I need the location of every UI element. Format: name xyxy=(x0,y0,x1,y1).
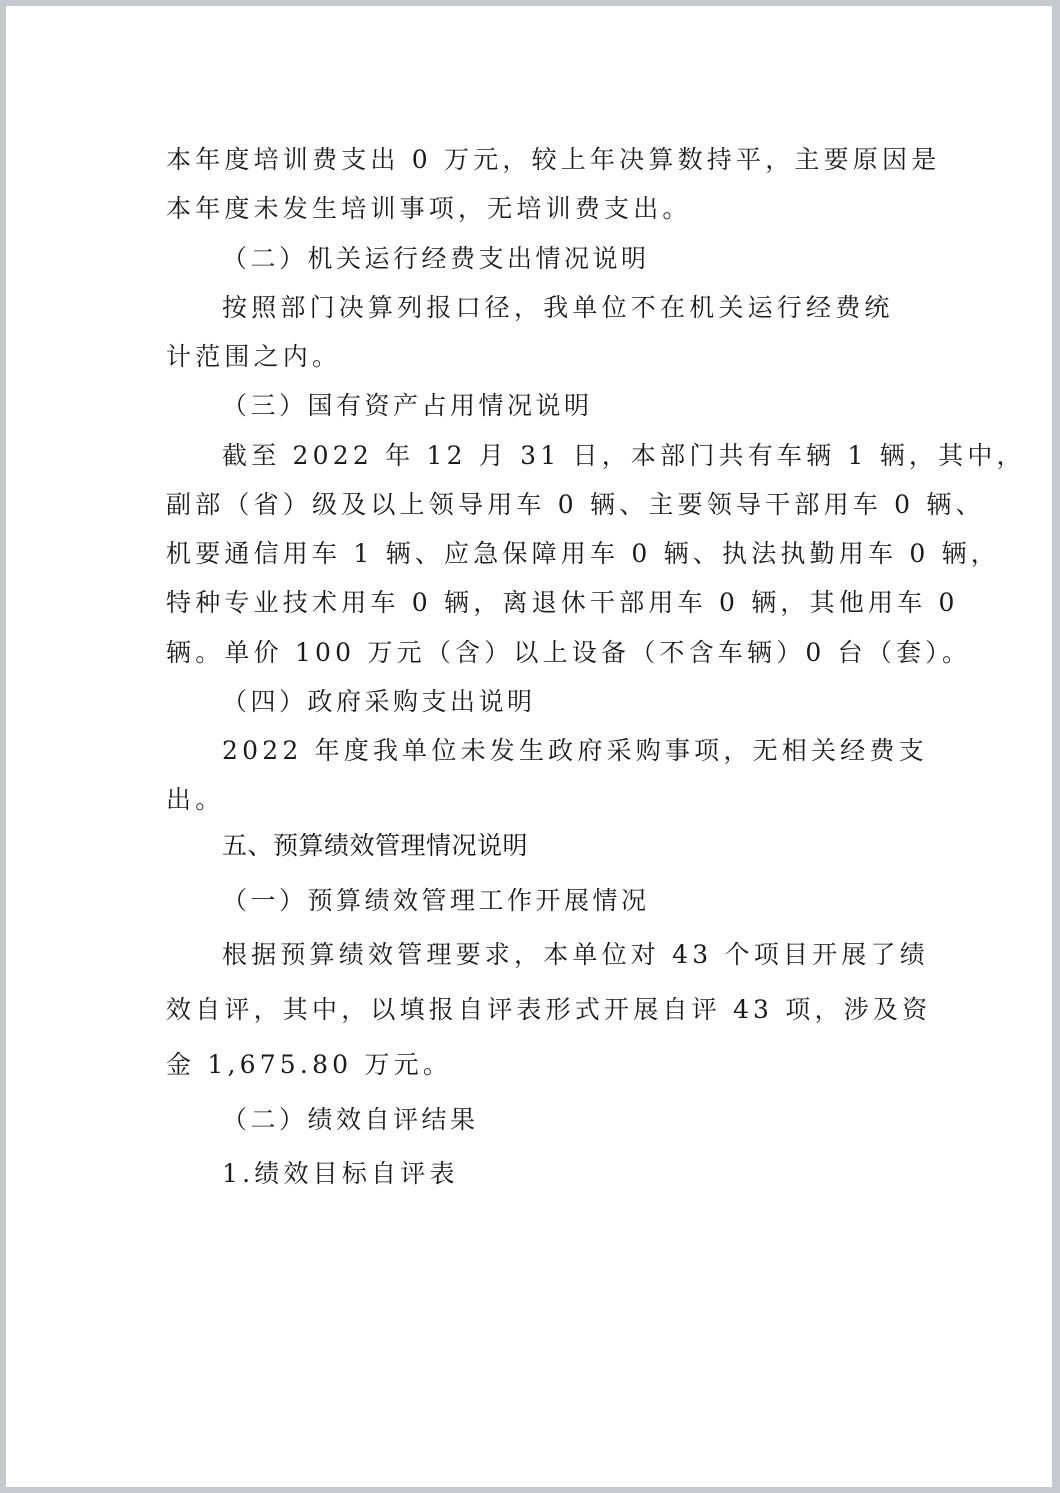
text-line: 特种专业技术用车 0 辆，离退休干部用车 0 辆，其他用车 0 xyxy=(166,588,959,618)
text-line: 效自评，其中，以填报自评表形式开展自评 43 项，涉及资 xyxy=(166,995,931,1025)
text-line: 金 1,675.80 万元。 xyxy=(166,1050,452,1080)
section-subheading: （一）预算绩效管理工作开展情况 xyxy=(222,886,650,916)
section-subheading: （二）绩效自评结果 xyxy=(222,1105,479,1135)
section-subheading: （二）机关运行经费支出情况说明 xyxy=(222,244,650,274)
text-line: 按照部门决算列报口径，我单位不在机关运行经费统 xyxy=(222,293,894,323)
text-line: 本年度培训费支出 0 万元，较上年决算数持平，主要原因是 xyxy=(166,145,940,175)
text-line: 副部（省）级及以上领导用车 0 辆、主要领导干部用车 0 辆、 xyxy=(166,490,985,520)
text-line: 机要通信用车 1 辆、应急保障用车 0 辆、执法执勤用车 0 辆， xyxy=(166,539,1000,569)
section-subheading: （三）国有资产占用情况说明 xyxy=(222,391,593,421)
text-line: 2022 年度我单位未发生政府采购事项，无相关经费支 xyxy=(222,736,928,766)
text-line: 截至 2022 年 12 月 31 日，本部门共有车辆 1 辆，其中， xyxy=(222,441,1026,471)
text-line: 本年度未发生培训事项，无培训费支出。 xyxy=(166,194,692,224)
text-line: 根据预算绩效管理要求，本单位对 43 个项目开展了绩 xyxy=(222,940,929,970)
text-line: 辆。单价 100 万元（含）以上设备（不含车辆）0 台（套）。 xyxy=(166,638,971,668)
document-page: 本年度培训费支出 0 万元，较上年决算数持平，主要原因是 本年度未发生培训事项，… xyxy=(6,6,1052,1487)
section-heading: 五、预算绩效管理情况说明 xyxy=(222,831,528,861)
text-line: 1.绩效目标自评表 xyxy=(222,1159,459,1189)
section-subheading: （四）政府采购支出说明 xyxy=(222,687,536,717)
text-line: 出。 xyxy=(166,785,224,815)
text-line: 计范围之内。 xyxy=(166,342,341,372)
